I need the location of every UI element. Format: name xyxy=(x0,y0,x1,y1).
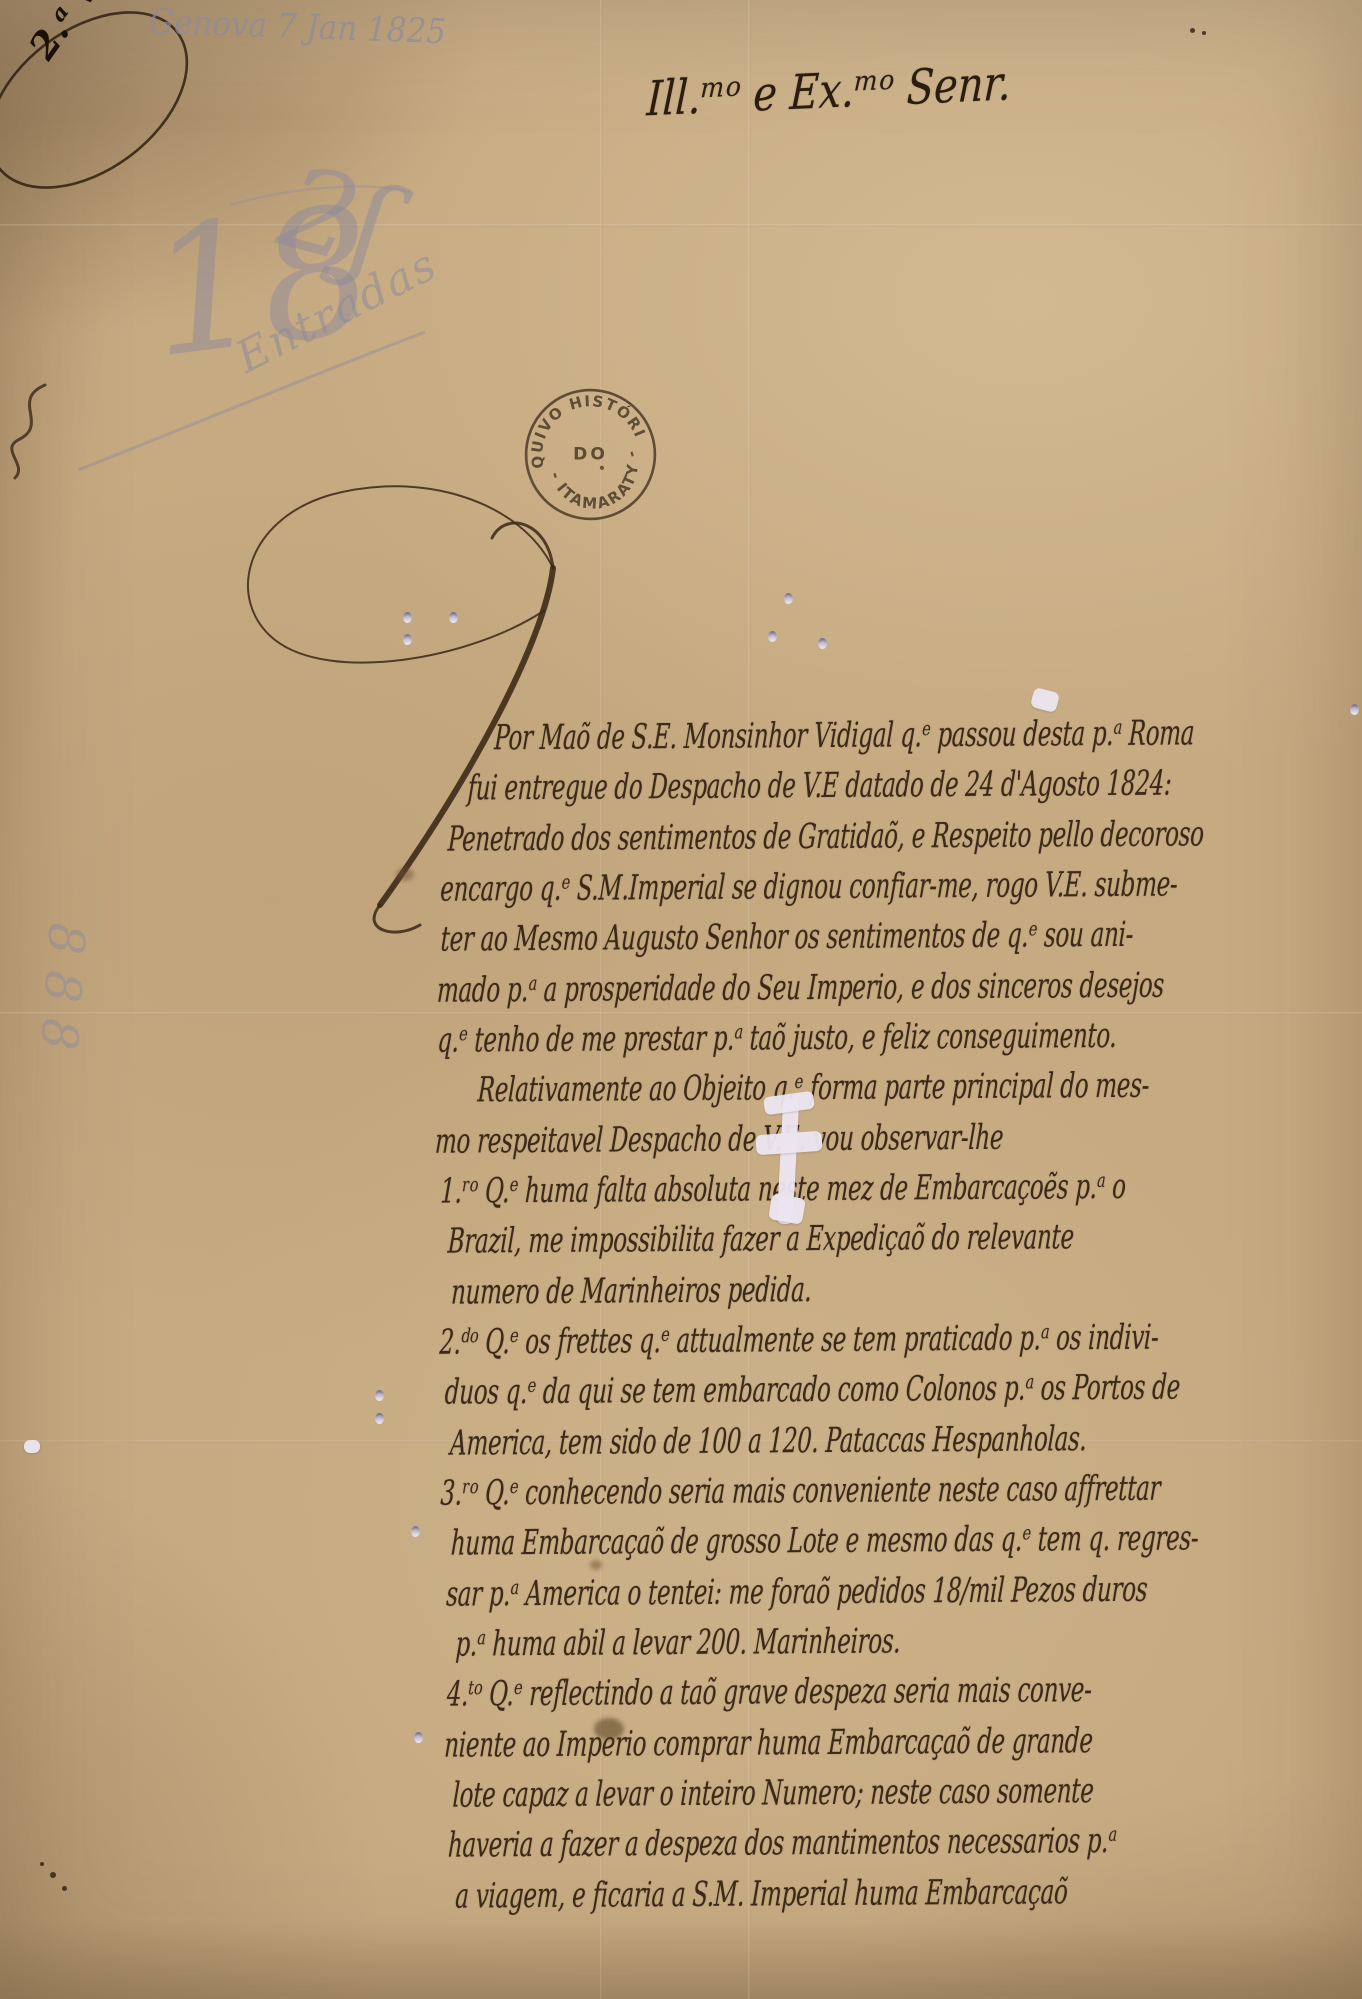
ink-speck xyxy=(50,1872,56,1878)
ink-speck xyxy=(40,1862,44,1866)
manuscript-line: mado p.ᵃ a prosperidade do Seu Imperio, … xyxy=(436,967,1164,1011)
pinhole xyxy=(818,638,827,649)
manuscript-line: Por Maõ de S.E. Monsinhor Vidigal q.ᵉ pa… xyxy=(493,714,1194,758)
manuscript-line: niente ao Imperio comprar huma Embarcaça… xyxy=(444,1722,1094,1766)
pinhole xyxy=(403,612,412,623)
manuscript-line: lote capaz a levar o inteiro Numero; nes… xyxy=(452,1772,1094,1815)
pinhole xyxy=(375,1413,384,1424)
ink-correction-blob xyxy=(24,1440,40,1453)
ink-speck xyxy=(62,1886,67,1891)
manuscript-line: q.ᵉ tenho de me prestar p.ᵃ taõ justo, e… xyxy=(437,1017,1118,1061)
ink-speck xyxy=(1202,31,1206,35)
pinhole xyxy=(403,634,412,645)
ink-smudge xyxy=(590,1560,602,1570)
manuscript-line: ter ao Mesmo Augusto Senhor os sentiment… xyxy=(440,916,1134,960)
manuscript-line: p.ᵃ huma abil a levar 200. Marinheiros. xyxy=(455,1622,901,1664)
pinhole xyxy=(449,612,458,623)
manuscript-line: 2.ᵈᵒ Q.ᵉ os frettes q.ᵉ attualmente se t… xyxy=(439,1319,1160,1363)
manuscript-line: huma Embarcaçaõ de grosso Lote e mesmo d… xyxy=(450,1519,1199,1563)
manuscript-line: encargo q.ᵉ S.M.Imperial se dignou confi… xyxy=(440,866,1179,910)
manuscript-line: sar p.ᵃ America o tentei: me foraõ pedid… xyxy=(445,1571,1148,1615)
manuscript-line: haveria a fazer a despeza dos mantimento… xyxy=(447,1822,1117,1866)
ink-smudge xyxy=(396,868,414,881)
manuscript-line: Brazil, me impossibilita fazer a Expediç… xyxy=(447,1218,1075,1261)
ink-speck xyxy=(1190,28,1195,33)
manuscript-line: fui entregue do Despacho de V.E datado d… xyxy=(467,765,1172,809)
manuscript-body: Por Maõ de S.E. Monsinhor Vidigal q.ᵉ pa… xyxy=(0,0,1362,1999)
pinhole xyxy=(768,631,777,642)
manuscript-line: mo respeitavel Despacho de V.E. vou obse… xyxy=(434,1119,1004,1162)
manuscript-line: duos q.ᵉ da qui se tem embarcado como Co… xyxy=(444,1369,1181,1413)
manuscript-line: a viagem, e ficaria a S.M. Imperial huma… xyxy=(455,1873,1069,1916)
manuscript-line: 3.ʳᵒ Q.ᵉ conhecendo seria mais convenien… xyxy=(440,1470,1161,1514)
ink-correction-blob xyxy=(768,1193,806,1225)
pinhole xyxy=(414,1732,423,1743)
pinhole xyxy=(1350,704,1359,715)
manuscript-line: numero de Marinheiros pedida. xyxy=(450,1271,812,1313)
ink-smudge xyxy=(594,1718,624,1740)
pinhole xyxy=(411,1526,420,1537)
manuscript-line: America, tem sido de 100 a 120. Pataccas… xyxy=(449,1420,1087,1463)
manuscript-line: Penetrado dos sentimentos de Gratidaõ, e… xyxy=(447,815,1204,859)
manuscript-line: 4.ᵗᵒ Q.ᵉ reflectindo a taõ grave despeza… xyxy=(446,1671,1092,1715)
pinhole xyxy=(784,593,793,604)
document-page: 2.ᵃ via Genova 7 Jan 1825 18 2ʃ Entradas… xyxy=(0,0,1362,1999)
pinhole xyxy=(375,1390,384,1401)
